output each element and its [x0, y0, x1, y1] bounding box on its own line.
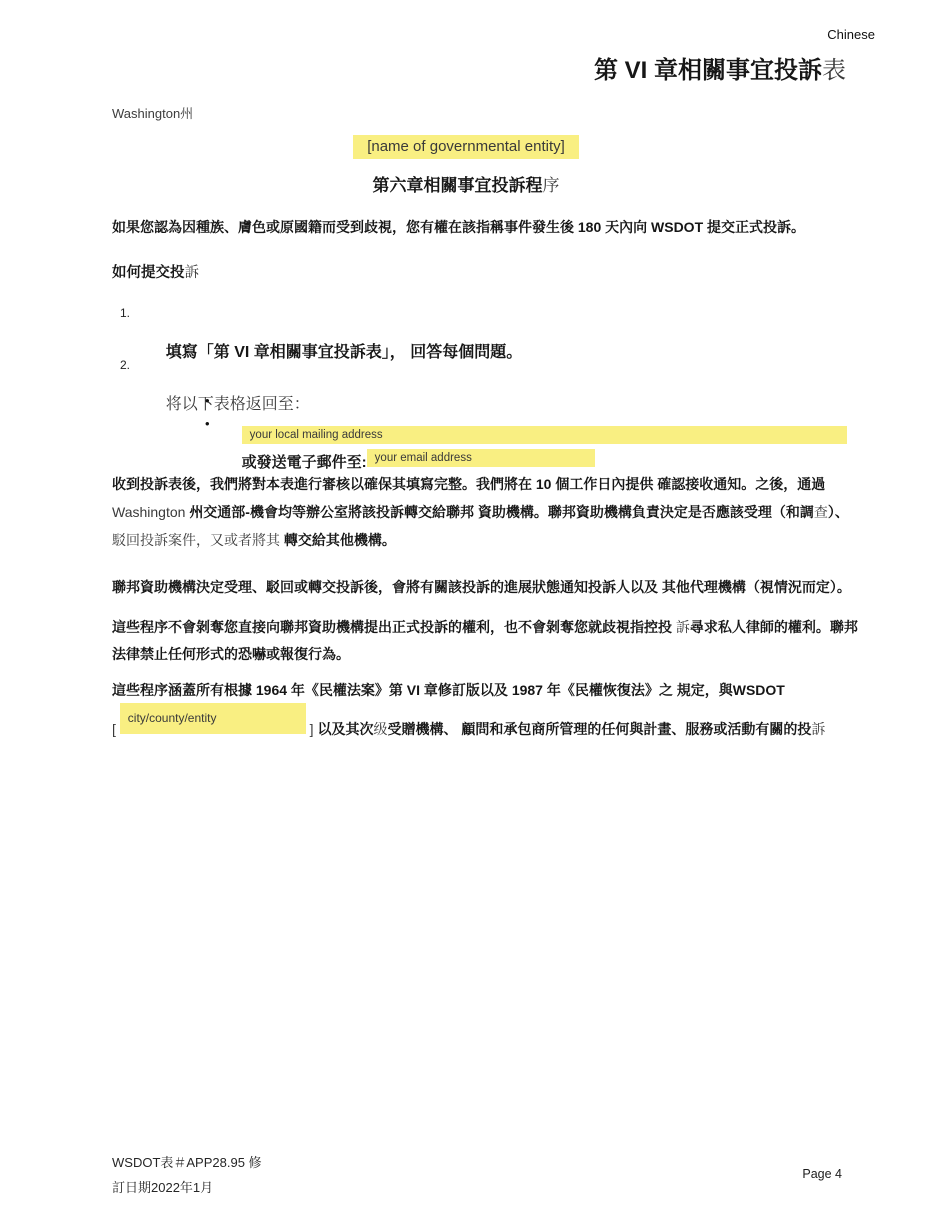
footer-revision-date: 訂日期2022年1月	[112, 1175, 262, 1200]
step-1-number: 1.	[120, 306, 130, 320]
text-segment: 如何提交投	[112, 265, 185, 281]
text-line: 法律禁止任何形式的恐嚇或報復行為。	[112, 641, 912, 668]
text-segment: 訴	[811, 721, 825, 737]
bullet-2-content: 或發送電子郵件至:your email address	[242, 454, 595, 471]
text-segment: Washington	[112, 504, 189, 520]
text-segment: 尋求私人律師的權利。聯邦	[690, 619, 858, 635]
step-2-number: 2.	[120, 358, 130, 372]
page-number: Page 4	[802, 1167, 842, 1181]
text-segment: 第六章相關事宜投訴程	[373, 176, 543, 195]
text-segment: 受贈機構、 顧問和承包商所管理的任何與計畫、服務或活動有關的投	[387, 721, 811, 737]
text-segment: 駁回投訴案件，又或者將其	[112, 532, 284, 548]
governmental-entity-field[interactable]: [name of governmental entity]	[353, 135, 579, 159]
text-segment: 這些程序不會剝奪您直接向聯邦資助機構提出正式投訴的權利，也不會剝奪您就歧視指控投	[112, 619, 676, 635]
procedure-subtitle: 第六章相關事宜投訴程序	[112, 171, 820, 196]
page-title: 第 VI 章相關事宜投訴表	[112, 50, 846, 85]
text-segment: 收到投訴表後，我們將對本表進行審核以確保其填寫完整。我們將在 10 個工作日內提…	[112, 476, 825, 492]
footer-form-number: WSDOT表＃APP28.95 修	[112, 1150, 262, 1175]
text-segment: 查	[814, 504, 828, 520]
text-segment: 第 VI 章相關事宜投訴	[594, 57, 822, 84]
document-page: Chinese 第 VI 章相關事宜投訴表 Washington州 [name …	[0, 0, 950, 1230]
text-segment: 這些程序涵蓋所有根據 1964 年《民權法案》第 VI 章修訂版以及 1987 …	[112, 682, 785, 698]
text-line: 這些程序涵蓋所有根據 1964 年《民權法案》第 VI 章修訂版以及 1987 …	[112, 677, 912, 703]
text-segment: 轉交給其他機構。	[284, 532, 396, 548]
footer-form-info: WSDOT表＃APP28.95 修 訂日期2022年1月	[112, 1150, 262, 1200]
governmental-entity-line: [name of governmental entity]	[112, 138, 820, 155]
text-line: Washington 州交通部-機會均等辦公室將該投訴轉交給聯邦 資助機構。聯邦…	[112, 498, 912, 526]
state-label: Washington州	[112, 103, 193, 122]
text-segment: ）、	[828, 504, 849, 520]
paragraph-review-process: 收到投訴表後，我們將對本表進行審核以確保其填寫完整。我們將在 10 個工作日內提…	[112, 470, 912, 554]
text-segment: 訴	[185, 265, 200, 281]
text-segment: 级	[373, 721, 387, 737]
city-county-entity-field[interactable]: city/county/entity	[120, 703, 306, 734]
text-segment: 或發送電子郵件至:	[242, 454, 367, 471]
text-segment: 州交通部-機會均等辦公室將該投訴轉交給聯邦 資助機構。聯邦資助機構負責決定是否應…	[189, 504, 814, 520]
text-segment: 表	[822, 57, 846, 84]
language-label: Chinese	[827, 27, 875, 42]
email-address-field[interactable]: your email address	[367, 449, 595, 467]
paragraph-rights: 這些程序不會剝奪您直接向聯邦資助機構提出正式投訴的權利，也不會剝奪您就歧視指控投…	[112, 614, 912, 668]
text-line: [ city/county/entity ] 以及其次级受贈機構、 顧問和承包商…	[112, 703, 912, 742]
text-segment: 序	[543, 176, 560, 195]
text-segment: 以及其次	[317, 721, 373, 737]
paragraph-agency-decision: 聯邦資助機構決定受理、駁回或轉交投訴後，會將有關該投訴的進展狀態通知投訴人以及 …	[112, 573, 912, 601]
text-line: 這些程序不會剝奪您直接向聯邦資助機構提出正式投訴的權利，也不會剝奪您就歧視指控投…	[112, 614, 912, 641]
text-segment: 聯邦資助機構決定受理、駁回或轉交投訴後，會將有關該投訴的進展狀態通知投訴人以及 …	[112, 579, 851, 595]
text-line: 收到投訴表後，我們將對本表進行審核以確保其填寫完整。我們將在 10 個工作日內提…	[112, 470, 912, 498]
bullet-icon: •	[205, 393, 210, 408]
bullet-icon: •	[205, 416, 210, 431]
intro-paragraph: 如果您認為因種族、膚色或原國籍而受到歧視，您有權在該指稱事件發生後 180 天內…	[112, 217, 805, 237]
text-segment: 如果您認為因種族、膚色或原國籍而受到歧視，您有權在該指稱事件發生後 180 天內…	[112, 219, 805, 235]
text-line: 駁回投訴案件，又或者將其 轉交給其他機構。	[112, 526, 912, 554]
text-segment: ]	[306, 721, 318, 737]
text-segment: 訴	[676, 619, 690, 635]
text-segment: [	[112, 721, 120, 737]
paragraph-coverage: 這些程序涵蓋所有根據 1964 年《民權法案》第 VI 章修訂版以及 1987 …	[112, 677, 912, 742]
how-to-file-heading: 如何提交投訴	[112, 261, 199, 282]
text-line: 聯邦資助機構決定受理、駁回或轉交投訴後，會將有關該投訴的進展狀態通知投訴人以及 …	[112, 573, 912, 601]
text-segment: 法律禁止任何形式的恐嚇或報復行為。	[112, 646, 350, 662]
